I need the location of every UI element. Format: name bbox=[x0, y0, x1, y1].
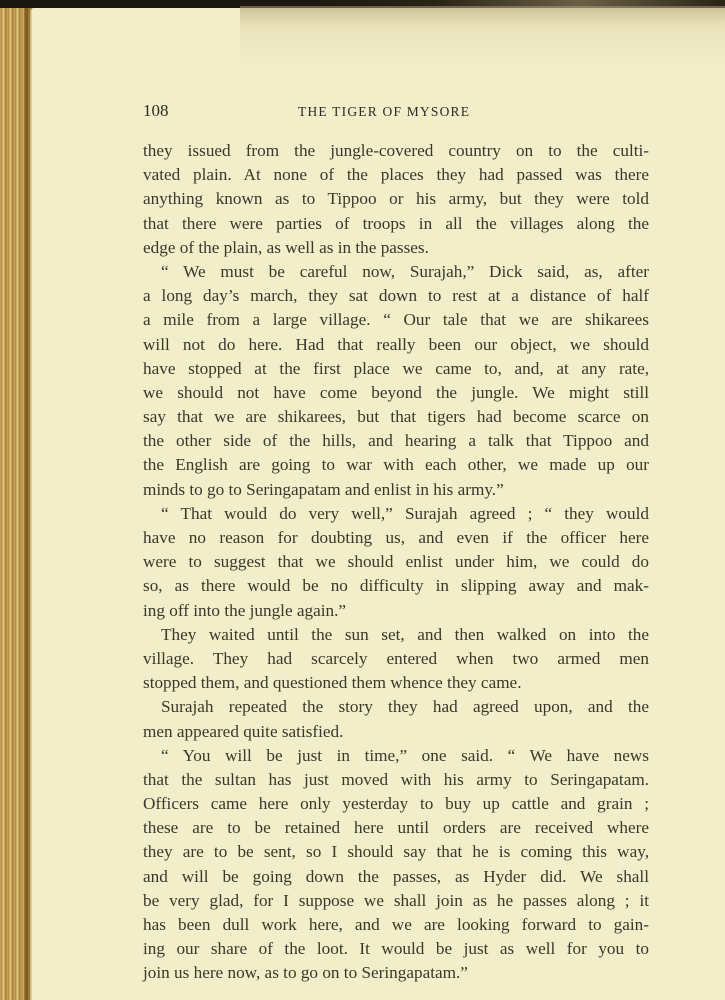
text-line: will not do here. Had that really been o… bbox=[143, 333, 649, 357]
text-line: they are to be sent, so I should say tha… bbox=[143, 840, 649, 864]
text-line: have stopped at the first place we came … bbox=[143, 357, 649, 381]
text-line: a long day’s march, they sat down to res… bbox=[143, 284, 649, 308]
text-line: Officers came here only yesterday to buy… bbox=[143, 792, 649, 816]
text-line: edge of the plain, as well as in the pas… bbox=[143, 236, 649, 260]
text-line: ing off into the jungle again.” bbox=[143, 599, 649, 623]
text-line: ing our share of the loot. It would be j… bbox=[143, 937, 649, 961]
text-line: and will be going down the passes, as Hy… bbox=[143, 865, 649, 889]
text-line: they issued from the jungle-covered coun… bbox=[143, 139, 649, 163]
text-line: the other side of the hills, and hearing… bbox=[143, 429, 649, 453]
text-line: that the sultan has just moved with his … bbox=[143, 768, 649, 792]
text-line: that there were parties of troops in all… bbox=[143, 212, 649, 236]
text-line: village. They had scarcely entered when … bbox=[143, 647, 649, 671]
text-line: stopped them, and questioned them whence… bbox=[143, 671, 649, 695]
text-line: They waited until the sun set, and then … bbox=[143, 623, 649, 647]
text-line: join us here now, as to go on to Seringa… bbox=[143, 961, 649, 985]
top-fold-shadow bbox=[240, 6, 725, 66]
text-line: minds to go to Seringapatam and enlist i… bbox=[143, 478, 649, 502]
text-line: “ You will be just in time,” one said. “… bbox=[143, 744, 649, 768]
text-line: men appeared quite satisfied. bbox=[143, 720, 649, 744]
text-line: were to suggest that we should enlist un… bbox=[143, 550, 649, 574]
text-line: have no reason for doubting us, and even… bbox=[143, 526, 649, 550]
body-text: they issued from the jungle-covered coun… bbox=[143, 139, 649, 986]
text-line: be very glad, for I suppose we shall joi… bbox=[143, 889, 649, 913]
running-title: THE TIGER OF MYSORE bbox=[298, 104, 470, 120]
text-line: “ That would do very well,” Surajah agre… bbox=[143, 502, 649, 526]
text-line: Surajah repeated the story they had agre… bbox=[143, 695, 649, 719]
text-line: these are to be retained here until orde… bbox=[143, 816, 649, 840]
text-line: the English are going to war with each o… bbox=[143, 453, 649, 477]
text-line: vated plain. At none of the places they … bbox=[143, 163, 649, 187]
text-line: we should not have come beyond the jungl… bbox=[143, 381, 649, 405]
text-line: say that we are shikarees, but that tige… bbox=[143, 405, 649, 429]
text-line: has been dull work here, and we are look… bbox=[143, 913, 649, 937]
page-number: 108 bbox=[143, 101, 169, 121]
page-header: 108 THE TIGER OF MYSORE bbox=[143, 101, 648, 125]
text-line: a mile from a large village. “ Our tale … bbox=[143, 308, 649, 332]
text-line: anything known as to Tippoo or his army,… bbox=[143, 187, 649, 211]
text-line: so, as there would be no difficulty in s… bbox=[143, 574, 649, 598]
text-line: “ We must be careful now, Surajah,” Dick… bbox=[143, 260, 649, 284]
